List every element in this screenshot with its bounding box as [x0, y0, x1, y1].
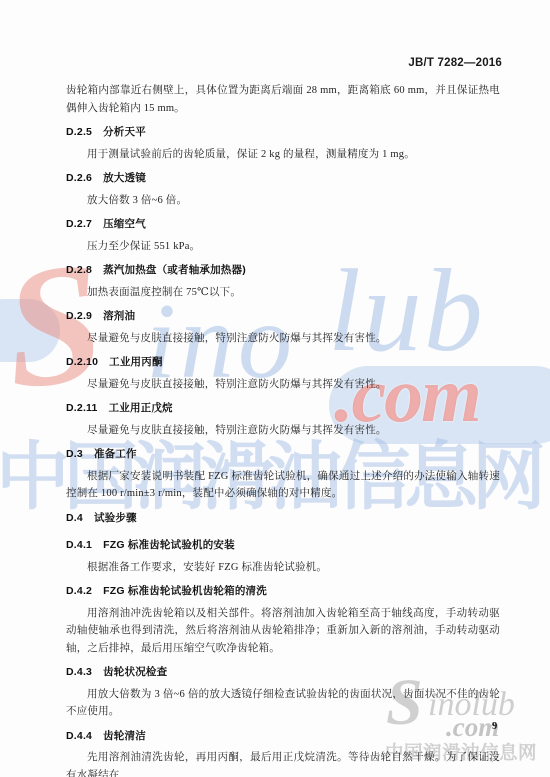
section-title: FZG 标准齿轮试验机齿轮箱的清洗: [103, 585, 267, 597]
section-number: D.3: [66, 448, 83, 460]
section-body: 先用溶剂油清洗齿轮，再用丙酮，最后用正戊烷清洗。等待齿轮自然干燥。为了保证没有水…: [66, 749, 500, 777]
watermark-band-left: [0, 299, 60, 362]
section-heading: D.2.7压缩空气: [66, 216, 500, 234]
section-title: 压缩空气: [103, 218, 146, 230]
section-title: 放大透镜: [103, 172, 146, 184]
section-heading: D.2.10工业用丙酮: [66, 354, 500, 372]
section-number: D.4.4: [66, 730, 92, 742]
section-heading: D.2.11工业用正戊烷: [66, 400, 500, 418]
section-heading: D.3准备工作: [66, 446, 500, 464]
section-d4-2: D.4.2FZG 标准齿轮试验机齿轮箱的清洗 用溶剂油冲洗齿轮箱以及相关部件。将…: [66, 583, 500, 657]
section-title: 溶剂油: [103, 310, 135, 322]
section-number: D.4.2: [66, 585, 92, 597]
page-number: 9: [492, 721, 497, 732]
section-number: D.4.1: [66, 539, 92, 551]
section-number: D.2.6: [66, 172, 92, 184]
section-body: 尽量避免与皮肤直接接触，特别注意防火防爆与其挥发有害性。: [66, 422, 500, 440]
document-page: S ino lub .com 中国润滑油信息网 S inolub .com 中国…: [0, 0, 550, 777]
section-body: 用溶剂油冲洗齿轮箱以及相关部件。将溶剂油加入齿轮箱至高于轴线高度，手动转动驱动轴…: [66, 605, 500, 658]
section-d3: D.3准备工作 根据厂家安装说明书装配 FZG 标准齿轮试验机，确保通过上述介绍…: [66, 446, 500, 503]
section-d2-9: D.2.9溶剂油 尽量避免与皮肤直接接触，特别注意防火防爆与其挥发有害性。: [66, 308, 500, 347]
section-d4-1: D.4.1FZG 标准齿轮试验机的安装 根据准备工作要求，安装好 FZG 标准齿…: [66, 537, 500, 576]
section-title: 齿轮清洁: [103, 730, 146, 742]
section-number: D.2.5: [66, 126, 92, 138]
section-heading: D.4试验步骤: [66, 510, 500, 528]
section-body: 根据厂家安装说明书装配 FZG 标准齿轮试验机，确保通过上述介绍的办法使输入轴转…: [66, 468, 500, 503]
section-heading: D.2.8蒸汽加热盘（或者轴承加热器): [66, 262, 500, 280]
section-number: D.4.3: [66, 666, 92, 678]
section-number: D.2.8: [66, 264, 92, 276]
section-d2-10: D.2.10工业用丙酮 尽量避免与皮肤直接接触，特别注意防火防爆与其挥发有害性。: [66, 354, 500, 393]
section-d2-7: D.2.7压缩空气 压力至少保证 551 kPa。: [66, 216, 500, 255]
section-heading: D.2.5分析天平: [66, 124, 500, 142]
section-d2-8: D.2.8蒸汽加热盘（或者轴承加热器) 加热表面温度控制在 75℃以下。: [66, 262, 500, 301]
doc-number: JB/T 7282—2016: [408, 57, 502, 69]
section-number: D.2.11: [66, 402, 98, 414]
section-number: D.2.9: [66, 310, 92, 322]
section-title: 准备工作: [94, 448, 137, 460]
section-title: 分析天平: [103, 126, 146, 138]
section-title: 工业用丙酮: [109, 356, 163, 368]
section-title: 齿轮状况检查: [103, 666, 167, 678]
section-d2-5: D.2.5分析天平 用于测量试验前后的齿轮质量，保证 2 kg 的量程，测量精度…: [66, 124, 500, 163]
section-body: 用于测量试验前后的齿轮质量，保证 2 kg 的量程，测量精度为 1 mg。: [66, 146, 500, 164]
section-body: 尽量避免与皮肤直接接触，特别注意防火防爆与其挥发有害性。: [66, 376, 500, 394]
document-content: 齿轮箱内部靠近右侧壁上，具体位置为距离后端面 28 mm，距离箱底 60 mm，…: [66, 82, 500, 777]
section-heading: D.4.3齿轮状况检查: [66, 664, 500, 682]
section-body: 根据准备工作要求，安装好 FZG 标准齿轮试验机。: [66, 559, 500, 577]
section-number: D.2.10: [66, 356, 98, 368]
section-heading: D.2.9溶剂油: [66, 308, 500, 326]
section-d2-6: D.2.6放大透镜 放大倍数 3 倍~6 倍。: [66, 170, 500, 209]
section-d4: D.4试验步骤: [66, 510, 500, 528]
section-heading: D.4.1FZG 标准齿轮试验机的安装: [66, 537, 500, 555]
section-body: 压力至少保证 551 kPa。: [66, 238, 500, 256]
section-title: 工业用正戊烷: [109, 402, 173, 414]
section-heading: D.4.4齿轮清洁: [66, 728, 500, 746]
section-title: 试验步骤: [94, 512, 137, 524]
section-d2-11: D.2.11工业用正戊烷 尽量避免与皮肤直接接触，特别注意防火防爆与其挥发有害性…: [66, 400, 500, 439]
section-title: 蒸汽加热盘（或者轴承加热器): [103, 264, 246, 276]
section-number: D.2.7: [66, 218, 92, 230]
section-d4-4: D.4.4齿轮清洁 先用溶剂油清洗齿轮，再用丙酮，最后用正戊烷清洗。等待齿轮自然…: [66, 728, 500, 777]
section-body: 用放大倍数为 3 倍~6 倍的放大透镜仔细检查试验齿轮的齿面状况，齿面状况不佳的…: [66, 686, 500, 721]
intro-paragraph: 齿轮箱内部靠近右侧壁上，具体位置为距离后端面 28 mm，距离箱底 60 mm，…: [66, 82, 500, 117]
section-body: 尽量避免与皮肤直接接触，特别注意防火防爆与其挥发有害性。: [66, 330, 500, 348]
section-title: FZG 标准齿轮试验机的安装: [103, 539, 235, 551]
section-d4-3: D.4.3齿轮状况检查 用放大倍数为 3 倍~6 倍的放大透镜仔细检查试验齿轮的…: [66, 664, 500, 721]
section-body: 放大倍数 3 倍~6 倍。: [66, 192, 500, 210]
section-number: D.4: [66, 512, 83, 524]
section-heading: D.2.6放大透镜: [66, 170, 500, 188]
section-body: 加热表面温度控制在 75℃以下。: [66, 284, 500, 302]
section-heading: D.4.2FZG 标准齿轮试验机齿轮箱的清洗: [66, 583, 500, 601]
